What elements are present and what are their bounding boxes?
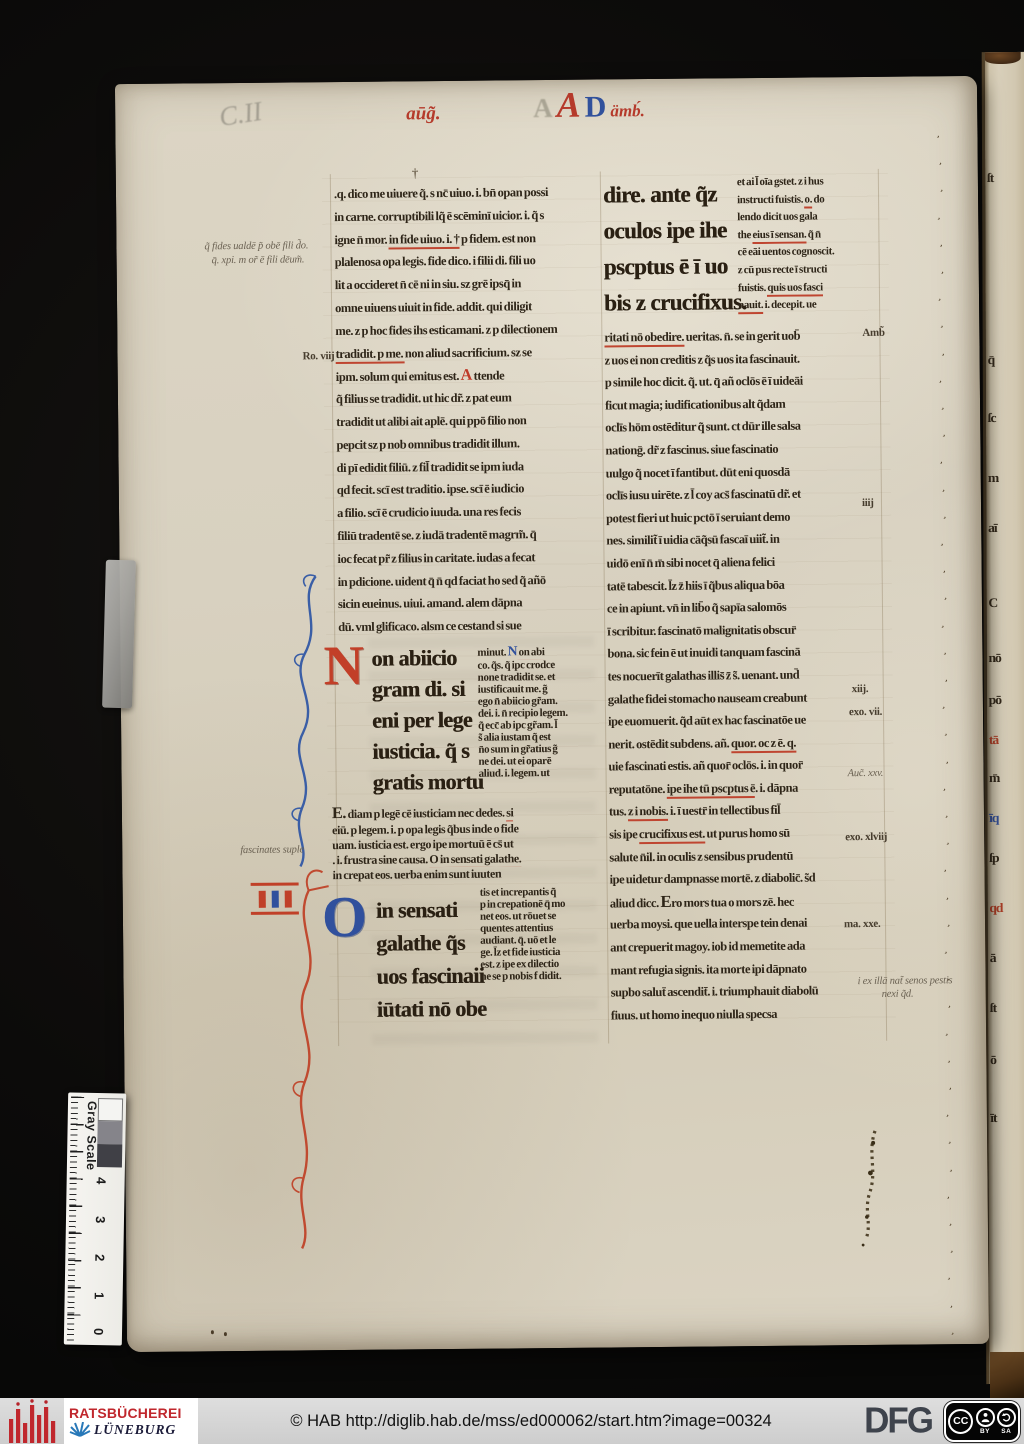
manuscript-line: potest fieri ut huic pctō ī seruiant dem… (606, 505, 878, 530)
manuscript-line: ipe uidetur dampnasse mortē. z diabolic̄… (609, 866, 881, 891)
manuscript-line: plalenosa opa legis. fide dico. i filii … (335, 249, 601, 274)
felt-ribbon (102, 560, 136, 709)
ruler-numbers (68, 1093, 126, 1094)
pricking-mark: ’ (936, 379, 942, 390)
by-label: BY (980, 1428, 990, 1435)
pricking-mark: ’ (944, 841, 950, 852)
cutoff-letter-fragment: ſt (987, 170, 993, 186)
manuscript-line: et ai l̄ oīa gstet. z i hus (737, 173, 875, 192)
manuscript-line: fiuus. ut homo inequo niulla specsa (611, 1002, 883, 1027)
pricking-mark: ’ (942, 950, 948, 961)
ruler-major-ticks (67, 1097, 84, 1341)
running-title-blue-letter: D (585, 90, 607, 123)
pricking-mark: ’ (934, 134, 940, 145)
next-page-edge: ſtq̄ſcmaīCnōpōtām̄īqſpqdāſtōīt (982, 52, 1024, 1384)
manuscript-line: q̃ filius se tradidit. ut hic dr̃. z pat… (336, 386, 602, 411)
pen-cross-mark: † (412, 165, 419, 181)
cutoff-letter-fragment: ā (990, 950, 996, 966)
ink-stain (845, 1127, 894, 1251)
pricking-marks: ’’’’’’’’’’’’’’’’’’’’’’’’’’’’’’’’’’’’’’’’… (935, 134, 961, 1338)
sa-label: SA (1001, 1428, 1011, 1435)
manuscript-line: ipe euomuerit. q̃d aūt ex hac fascinatōe… (608, 708, 880, 733)
margin-note: xiij. (852, 683, 869, 695)
gray-patch-dark (97, 1144, 122, 1167)
manuscript-line: salute n̄il. in oculis z sensibus pruden… (609, 844, 881, 869)
manuscript-page: C.II aūg̃. A A D ämb́. † .q. dico me uiu… (115, 76, 989, 1352)
pricking-mark: ’ (939, 352, 945, 363)
manuscript-line: in pdicione. uident q̄ n̄ qd faciat ho s… (338, 568, 604, 593)
photo-stage: ſtq̄ſcmaīCnōpōtām̄īqſpqdāſtōīt C.II aūg̃… (0, 0, 1024, 1444)
cutoff-letter-fragment: qd (989, 900, 1002, 916)
manuscript-line: instructi fuistis. o. do (737, 190, 875, 209)
pricking-mark: ’ (943, 1032, 949, 1043)
manuscript-line: ne se p nobis f didit. (480, 969, 608, 982)
pricking-mark: ’ (947, 1168, 953, 1179)
manuscript-line: dū. vml glificaco. alsm ce cestand si su… (338, 614, 604, 639)
cutoff-letter-fragment: īq (989, 810, 998, 826)
pricking-mark: ’ (940, 569, 946, 580)
running-title-ghost-letter: A (533, 93, 553, 123)
margin-note: iiij (862, 497, 874, 509)
cutoff-letter-fragment: ō (990, 1052, 996, 1068)
pricking-mark: ’ (939, 705, 945, 716)
manuscript-line: tes nocuerīt galathas illis̄ z̄ s̃. uena… (608, 663, 880, 688)
pricking-mark: ’ (937, 324, 943, 335)
manuscript-line: uulgo q̃ nocet ī fantibut. dūt eni quosd… (606, 459, 878, 484)
manuscript-line: nauit. i. decepit. ue (738, 296, 876, 315)
manuscript-line: aliud dicc. Ero mors tua o mors zē. hec (610, 889, 882, 914)
margin-note: nexi q̃d. (882, 989, 914, 1000)
margin-note: Amb̃ (862, 327, 884, 339)
manuscript-line: the eius ī sensan. q̃ n̄ (737, 226, 875, 245)
manuscript-line: minut. N on abi (477, 642, 605, 659)
manuscript-line: omne uiuens uiuit in fide. addit. qui di… (335, 294, 601, 319)
pencil-inscription: C.II (217, 96, 264, 133)
ink-dot (224, 1332, 227, 1336)
running-title-suffix: ämb́. (610, 101, 645, 120)
right-column-commentary: ritati nō obedire. ueritas. n̄. se in ge… (604, 324, 883, 1027)
pricking-mark: ’ (937, 188, 943, 199)
pricking-mark: ’ (935, 216, 941, 227)
pricking-mark: ’ (948, 1249, 954, 1260)
chapter-numeral-III (251, 882, 299, 914)
margin-note: q̃ fides ualdē p̃ obē fili d̃o. (204, 240, 308, 252)
margin-note: ma. xxe. (844, 918, 881, 930)
blue-penwork-flourish (282, 570, 331, 870)
numeral-stroke (284, 890, 291, 907)
manuscript-line: reputatōne. ipe ihe tū pscptus ē. i. dāp… (609, 776, 881, 801)
margin-note: q̄. xpi. m or̃ ē fili dēum̃. (212, 254, 305, 266)
manuscript-line: iūtati nō obe (377, 991, 511, 1025)
pricking-mark: ’ (943, 1113, 949, 1124)
pricking-mark: ’ (940, 787, 946, 798)
manuscript-line: supbo salut̄ ascendit̄. i. triumphauit d… (611, 979, 883, 1004)
pricking-mark: ’ (945, 1276, 951, 1287)
pricking-mark: ’ (941, 868, 947, 879)
right-lemma-gloss: et ai l̄ oīa gstet. z i husinstructi fui… (737, 173, 876, 315)
gray-patch-light (98, 1098, 123, 1121)
pricking-mark: ’ (943, 760, 949, 771)
pricking-mark: ’ (938, 270, 944, 281)
manuscript-line: pepcit sz p nob omnibus tradidit illum. (336, 431, 602, 456)
manuscript-line: igne n̄ mor. in fide uiuo. i. † p fidem.… (334, 226, 600, 251)
grayscale-patches (97, 1098, 123, 1167)
numeral-stroke (258, 890, 265, 907)
library-bars-icon (6, 1399, 60, 1443)
manuscript-line: tradidit. p me. non aliud sacrificium. s… (335, 340, 601, 365)
footer-bar: RATSBÜCHEREI LÜNEBURG © HAB http://digli… (0, 1398, 1024, 1444)
pricking-mark: ’ (936, 161, 942, 172)
manuscript-line: mant refugia signis. ita morte ipi dāpna… (610, 956, 882, 981)
margin-note: fascinates suple (240, 844, 304, 856)
gray-patch-mid (97, 1121, 122, 1144)
pricking-mark: ’ (937, 460, 943, 471)
cutoff-letter-fragment: C (988, 595, 997, 611)
book-icon (69, 1422, 91, 1437)
pricking-mark: ’ (941, 732, 947, 743)
cc-license-badge: CC BY SA (944, 1401, 1020, 1442)
manuscript-line: di pī edidit filiū. z fil̄ tradidit se i… (337, 454, 603, 479)
manuscript-line: sis ipe crucifixus est. ut purus homo sū (609, 821, 881, 846)
manuscript-line: me. z p hoc fides ihs esticamani. z p di… (335, 317, 601, 342)
manuscript-line: in crepat eos. uerba enim sunt iuuten (332, 865, 606, 883)
pricking-mark: ’ (939, 488, 945, 499)
manuscript-line: lit a occideret n̄ cē ni in siu. sz grē … (335, 272, 601, 297)
manuscript-line: lendo dicit uos gala (737, 208, 875, 227)
pricking-mark: ’ (942, 678, 948, 689)
lemma2-gloss: tis et increpantis q̃p in crepationē q̄ … (480, 885, 609, 982)
cutoff-letter-fragment: nō (988, 650, 1000, 666)
ink-dot (211, 1330, 214, 1334)
manuscript-line: bona. sic fein ē ut inuidi tanquam fasci… (607, 640, 879, 665)
manuscript-line: qd fecit. scī est traditio. ipse. scī ē … (337, 477, 603, 502)
manuscript-line: cē eāi uentos cognoscit. (738, 243, 876, 262)
margin-note: exo. vii. (849, 706, 882, 718)
manuscript-line: nerit. ostēdit subdens. añ. quor. oc z ē… (608, 731, 880, 756)
manuscript-line: oclīs hōm ostēditur q̃ sunt. ct dūr ille… (605, 414, 877, 439)
ruler-number: 0 (91, 1328, 106, 1335)
by-person-icon (976, 1408, 995, 1427)
cutoff-letter-fragment: īt (990, 1110, 996, 1126)
manuscript-line: nationḡ. dr̃ z fascinus. siue fascinatio (605, 437, 877, 462)
pricking-mark: ’ (941, 515, 947, 526)
manuscript-line: uidō enī n̄ m̄ sibi nocet q̄ aliena feli… (606, 550, 878, 575)
binding-corner (990, 1352, 1024, 1398)
manuscript-line: nes. similit̃ ī uidia cāq̃sū fascaī uiit… (606, 527, 878, 552)
pricking-mark: ’ (945, 1004, 951, 1015)
pricking-mark: ’ (938, 542, 944, 553)
manuscript-line: oclīs iusu uirēte. z l̄ coy acs̄ fascina… (606, 482, 878, 507)
pricking-mark: ’ (935, 297, 941, 308)
manuscript-line: ī scribitur. fascinatō malignitatis obsc… (607, 618, 879, 643)
manuscript-line: fuistis. quis uos fasci (738, 278, 876, 297)
ruler-number: 4 (94, 1177, 109, 1184)
manuscript-line: p simile hoc dicit. q̃. ut. q̄ añ oclōs … (605, 369, 877, 394)
initial-O: O (322, 888, 368, 946)
library-name: RATSBÜCHEREI (69, 1405, 198, 1421)
grayscale-ruler: Gray Scale 43210 (64, 1093, 126, 1346)
manuscript-line: in carne. corruptibili lq̃ ē scēminī uic… (334, 203, 600, 228)
lemma1-gloss: minut. N on abico. q̃s. q̃ ipc crodcenon… (477, 642, 606, 779)
cutoff-letter-fragment: pō (989, 692, 1001, 708)
attribution-text: © HAB http://diglib.hab.de/mss/ed000062/… (198, 1412, 864, 1431)
margin-note: Ro. viij (302, 350, 334, 362)
cutoff-letter-fragment: m̄ (989, 770, 999, 786)
manuscript-line: a filio. scī ē crudicio iuuda. una res f… (337, 500, 603, 525)
pricking-mark: ’ (942, 814, 948, 825)
pricking-mark: ’ (939, 624, 945, 635)
pricking-mark: ’ (936, 243, 942, 254)
manuscript-line: E. diam p legē cē iusticiam nec dedes. s… (332, 801, 606, 823)
numeral-stroke (271, 890, 278, 907)
manuscript-line: ficut magia; iudificationibus alt q̃dam (605, 392, 877, 417)
pricking-mark: ’ (943, 896, 949, 907)
margin-note: exo. xlviij (845, 831, 887, 843)
running-title-center: A A D ämb́. (533, 83, 645, 144)
manuscript-line: ce in apiunt. vn̄ in lib̄o q̃ sapīa salo… (607, 595, 879, 620)
pricking-mark: ’ (941, 596, 947, 607)
manuscript-line: filiū tradentē se. z iudā tradentē magrm… (337, 522, 603, 547)
pricking-mark: ’ (948, 1331, 954, 1342)
cutoff-letter-fragment: ſp (989, 850, 998, 866)
pricking-mark: ’ (946, 1086, 952, 1097)
manuscript-line: uie fascinati estis. añ quor̄ oclōs. i. … (608, 753, 880, 778)
cutoff-letter-fragment: q̄ (988, 352, 995, 368)
pricking-mark: ’ (940, 651, 946, 662)
left-column-commentary: .q. dico me uiuere q̃. s nc̄ uiuo. i. bn… (334, 181, 604, 639)
left-column-mid-commentary: E. diam p legē cē iusticiam nec dedes. s… (332, 801, 607, 883)
manuscript-line: ritati nō obedire. ueritas. n̄. se in ge… (604, 324, 876, 349)
manuscript-line: ant crepuerit magoy. iob id memetite ada (610, 934, 882, 959)
manuscript-line: aliud. i. legem. ut (479, 766, 607, 779)
pricking-mark: ’ (947, 1304, 953, 1315)
running-title-left: aūg̃. (406, 103, 441, 125)
margin-note: Auc̃. xxv. (848, 768, 884, 779)
manuscript-line: sicin eueinus. uiui. amand. alem dāpna (338, 591, 604, 616)
initial-N: N (323, 638, 364, 694)
manuscript-line: tus. z i nobis. i. ī uestr̄ in tellectib… (609, 798, 881, 823)
cutoff-letter-fragment: ſt (990, 1000, 996, 1016)
manuscript-line: z uos ei non creditis z q̃s uos ita fasc… (604, 346, 876, 371)
ruler-number: 3 (93, 1216, 108, 1223)
pricking-mark: ’ (944, 1195, 950, 1206)
ruler-number: 1 (92, 1292, 107, 1299)
running-title-red-letter: A (556, 85, 580, 125)
cc-icon: CC (948, 1409, 973, 1434)
manuscript-line: galathe fidei stomacho nauseam creabunt (608, 685, 880, 710)
library-logo: RATSBÜCHEREI LÜNEBURG (64, 1398, 198, 1444)
ruler-number: 2 (92, 1254, 107, 1261)
cutoff-letter-fragment: ſc (988, 410, 996, 426)
library-town: LÜNEBURG (94, 1421, 176, 1438)
pricking-mark: ’ (944, 1059, 950, 1070)
cutoff-letter-fragment: m (988, 470, 998, 486)
margin-notes (115, 76, 977, 84)
manuscript-line: tradidit ut alibi ait aplē. qui ppō fili… (336, 408, 602, 433)
manuscript-line: .q. dico me uiuere q̃. s nc̄ uiuo. i. bn… (334, 181, 600, 206)
manuscript-line: tatē tabescit. l̄z z̄ hiis ī q̃bus aliqu… (607, 572, 879, 597)
cutoff-letter-fragment: aī (988, 520, 997, 536)
dfg-logo: DFG (864, 1400, 932, 1442)
manuscript-line: z cū pus recte ī structi (738, 261, 876, 280)
cutoff-letter-fragment: tā (989, 732, 998, 748)
pricking-mark: ’ (940, 433, 946, 444)
sa-arrow-icon (997, 1408, 1016, 1427)
binding-smudge (985, 52, 1021, 64)
margin-note: i ex illā nat̃ senos pestis (858, 975, 953, 987)
manuscript-line: ioc fecat pr̃ z filius in caritate. iuda… (337, 545, 603, 570)
pricking-mark: ’ (946, 1222, 952, 1233)
pricking-mark: ’ (938, 406, 944, 417)
pricking-mark: ’ (945, 923, 951, 934)
pricking-mark: ’ (945, 1140, 951, 1151)
manuscript-line: ipm. solum qui emitus est. A ttende (336, 363, 602, 388)
manuscript-line: uerba moysi. que uella interspe tein den… (610, 911, 882, 936)
